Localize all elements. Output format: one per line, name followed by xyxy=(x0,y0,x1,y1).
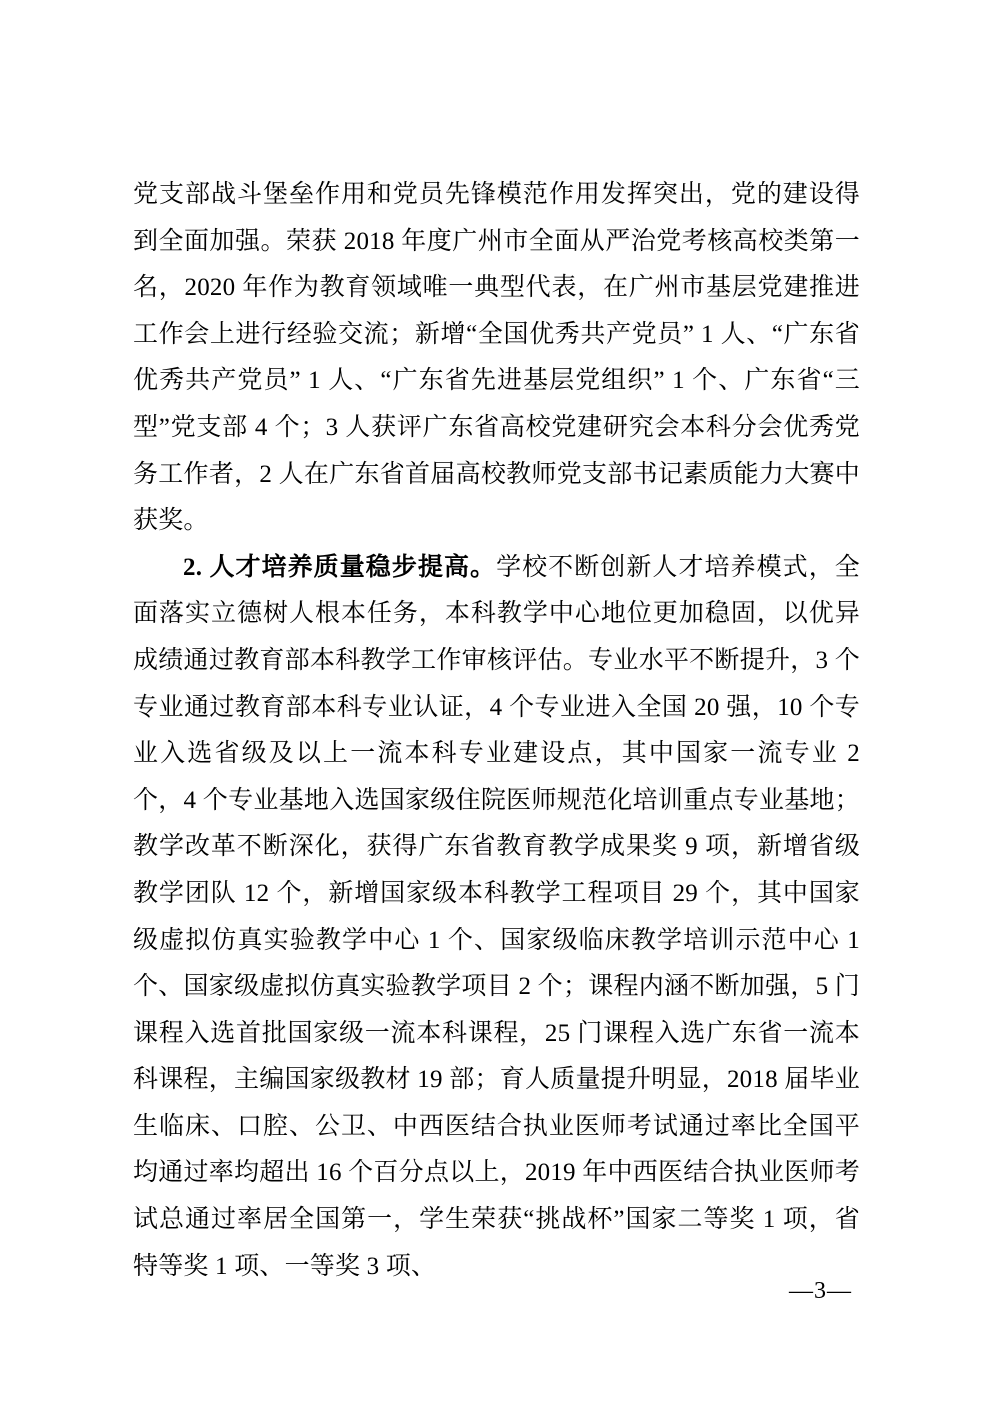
document-page: 党支部战斗堡垒作用和党员先锋模范作用发挥突出，党的建设得到全面加强。荣获 201… xyxy=(0,0,991,1403)
document-body: 党支部战斗堡垒作用和党员先锋模范作用发挥突出，党的建设得到全面加强。荣获 201… xyxy=(133,172,860,1290)
paragraph: 2. 人才培养质量稳步提高。学校不断创新人才培养模式，全面落实立德树人根本任务，… xyxy=(133,545,860,1291)
paragraph-text: 党支部战斗堡垒作用和党员先锋模范作用发挥突出，党的建设得到全面加强。荣获 201… xyxy=(133,181,860,534)
section-heading: 2. 人才培养质量稳步提高。 xyxy=(183,554,496,581)
paragraph-text: 学校不断创新人才培养模式，全面落实立德树人根本任务，本科教学中心地位更加稳固，以… xyxy=(133,554,860,1280)
paragraph: 党支部战斗堡垒作用和党员先锋模范作用发挥突出，党的建设得到全面加强。荣获 201… xyxy=(133,172,860,545)
page-number: —3— xyxy=(789,1276,852,1306)
